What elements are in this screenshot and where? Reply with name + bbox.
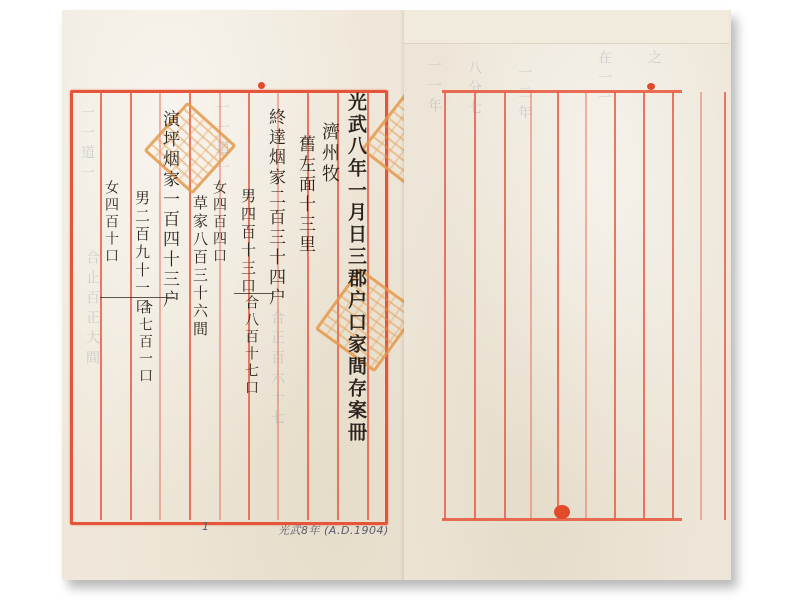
ruling-line [130,92,132,520]
ruling-line [504,92,506,520]
register-title: 光武八年一月日三郡户口家間存案冊 [346,92,365,444]
yeonpyeong-female-count: 女四百十口 [104,180,118,265]
ruling-line [585,92,587,520]
ruling-line [614,92,616,520]
show-through-text: 一一道一 [212,100,232,180]
ruling-line [444,92,446,520]
right-page: 一一年 八分七 一二年 在一一 之 [404,10,731,580]
jurisdiction-jeju-mok: 濟州牧 [320,122,338,185]
show-through-text: 在一一 [594,50,614,110]
ink-blot [258,82,265,89]
show-through-text: 一一道一 [77,105,97,185]
jongdal-households: 終達烟家二百三十四户 [266,108,283,308]
thatched-houses: 草家八百三十六間 [192,195,207,339]
ruling-line [474,92,476,520]
sum-divider-line [234,293,274,294]
ruling-line [557,92,559,520]
ink-blot [647,83,655,90]
ruling-line [724,92,726,520]
ruling-line [672,92,674,520]
show-through-text: 合止百正大間 [82,250,102,370]
pencil-date-annotation: 光武8年 (A.D.1904) [278,522,389,538]
old-left-district: 舊左面十三里 [296,135,313,255]
show-through-text: 合正百六十七 [267,310,287,430]
show-through-text: 之 [644,50,664,70]
yeonpyeong-households: 演坪烟家一百四十三户 [160,110,177,310]
pencil-mark: 1 [202,520,210,533]
jongdal-female-count: 女四百四口 [212,180,226,265]
ruling-line [530,92,532,520]
yeonpyeong-total-count: 合七百一口 [138,300,152,385]
top-ruling [442,90,682,93]
ink-blot [554,505,570,519]
show-through-text: 一一年 [424,58,444,118]
jongdal-male-count: 男四百十三口 [240,188,255,296]
ruling-line [643,92,645,520]
document-book: 一一道一 一一道一 合正百六十七 合止百正大間 光武八年一月日三郡户口家間存案冊… [62,10,731,580]
jongdal-total-count: 合八百十七口 [244,295,258,397]
sum-divider-line [100,297,175,298]
folded-paper-flap [404,10,729,44]
left-page: 一一道一 一一道一 合正百六十七 合止百正大間 光武八年一月日三郡户口家間存案冊… [62,10,405,580]
ruling-line [700,92,702,520]
